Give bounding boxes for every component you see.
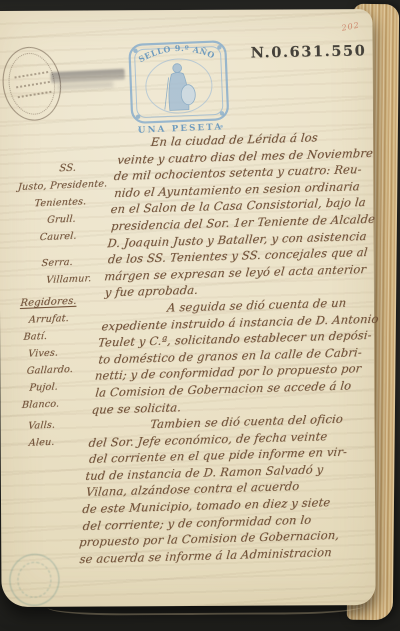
ink-round-stamp <box>6 551 63 609</box>
margin-attendee: Caurel. <box>39 227 104 247</box>
margin-attendee: Aleu. <box>28 432 87 451</box>
serial-number: N.0.631.550 <box>251 42 367 61</box>
margin-attendee: SS. <box>59 158 110 177</box>
svg-text:SELLO 9.º AÑO 1874: SELLO 9.º AÑO 1874 <box>124 31 221 66</box>
margin-attendee: Blanco. <box>21 394 90 414</box>
body-text: En la ciudad de Lérida á los veinte y cu… <box>77 127 388 567</box>
stamp-top-text: SELLO 9.º AÑO 1874 <box>124 31 221 66</box>
page-sheet: 202 N.0.631.550 SELLO 9.º AÑO 1 <box>0 9 376 607</box>
ink-rect-stamp <box>51 69 125 84</box>
margin-attendee: Villamur. <box>45 270 100 289</box>
folio-number: 202 <box>341 21 361 33</box>
stamp-allegorical-figure-icon <box>163 63 196 111</box>
scanned-manuscript-page: 202 N.0.631.550 SELLO 9.º AÑO 1 <box>0 0 400 631</box>
revenue-stamp: SELLO 9.º AÑO 1874 UNA PESETA <box>124 31 234 137</box>
